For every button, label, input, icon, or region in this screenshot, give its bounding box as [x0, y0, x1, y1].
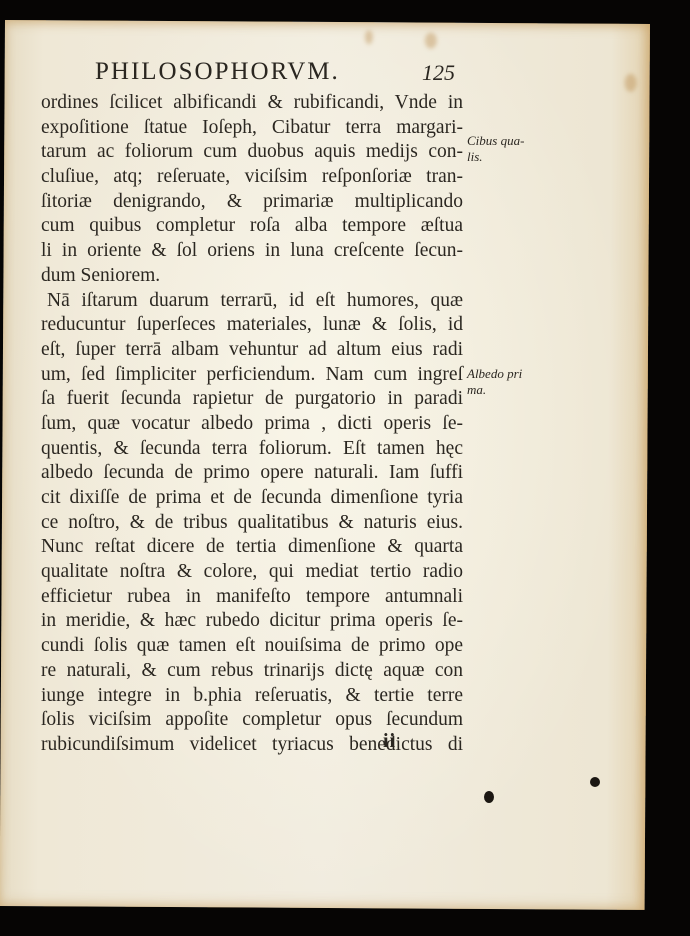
book-page [0, 20, 650, 910]
foxing-stain [625, 74, 637, 92]
foxing-stain [425, 33, 437, 49]
foxing-stain [365, 30, 373, 44]
